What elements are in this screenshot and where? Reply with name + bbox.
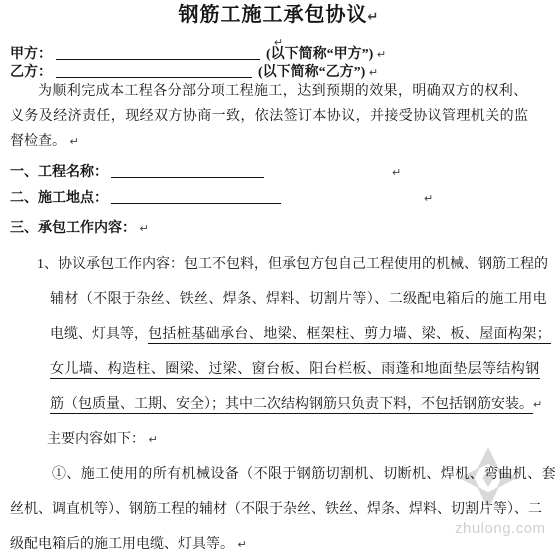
section-site-location-label: 二、施工地点： bbox=[10, 191, 108, 206]
party-b-row: 乙方：(以下简称“乙方”) ↵ bbox=[10, 64, 378, 81]
clause1-line-1: 1、协议承包工作内容：包工不包料，但承包方包自己工程使用的机械、钢筋工程的 bbox=[37, 256, 548, 273]
paragraph-mark: ↵ bbox=[238, 538, 247, 551]
paragraph-mark: ↵ bbox=[424, 192, 433, 205]
subclause-line-3-text: 级配电箱后的施工用电缆、灯具等。 bbox=[10, 537, 234, 552]
paragraph-mark: ↵ bbox=[377, 48, 386, 61]
subclause-line-3: 级配电箱后的施工用电缆、灯具等。 ↵ bbox=[10, 536, 247, 553]
site-location-blank-underline bbox=[111, 191, 281, 204]
paragraph-mark: ↵ bbox=[533, 398, 542, 411]
clause1-line-2: 辅材（不限于杂丝、铁丝、焊条、焊料、切割片等）、二级配电箱后的施工用电 bbox=[50, 291, 547, 308]
party-a-label: 甲方： bbox=[10, 47, 52, 62]
clause1-line-3-normal: 电缆、灯具等， bbox=[50, 327, 148, 342]
paragraph-mark: ↵ bbox=[149, 433, 158, 446]
party-a-note: (以下简称“甲方”) bbox=[266, 47, 373, 62]
paragraph-mark: ↵ bbox=[392, 166, 401, 179]
clause1-line-4-underlined: 女儿墙、构造柱、圈梁、过梁、窗台板、阳台栏板、雨蓬和地面垫层等结构钢 bbox=[50, 362, 540, 379]
document-title-line: 钢筋工施工承包协议↵ bbox=[0, 3, 557, 30]
clause1-line-6: 主要内容如下： ↵ bbox=[47, 431, 158, 448]
preamble-line-2: 义务及经济责任，现经双方协商一致，依法签订本协议，并接受协议管理机关的监 bbox=[10, 108, 528, 125]
clause1-line-6-text: 主要内容如下： bbox=[47, 432, 145, 447]
section-work-content-row: 三、承包工作内容： ↵ bbox=[10, 220, 149, 237]
project-name-blank-underline bbox=[111, 165, 264, 178]
clause1-line-5: 筋（包质量、工期、安全）；其中二次结构钢筋只负责下料，不包括钢筋安装。↵ bbox=[50, 396, 542, 413]
section-site-location-row: 二、施工地点：↵ bbox=[10, 190, 433, 207]
section-project-name-label: 一、工程名称： bbox=[10, 165, 108, 180]
watermark-text: zhulong.com bbox=[455, 520, 546, 537]
page-title: 钢筋工施工承包协议 bbox=[179, 4, 368, 26]
party-b-label: 乙方： bbox=[10, 65, 52, 80]
preamble-line-3: 督检查。 ↵ bbox=[10, 133, 79, 150]
party-a-row: 甲方：(以下简称“甲方”) ↵ bbox=[10, 46, 386, 63]
section-work-content-label: 三、承包工作内容： bbox=[10, 221, 136, 236]
paragraph-mark: ↵ bbox=[368, 10, 379, 25]
party-a-blank-underline bbox=[56, 47, 260, 60]
paragraph-mark: ↵ bbox=[70, 135, 79, 148]
subclause-line-1: ①、施工使用的所有机械设备（不限于钢筋切割机、切断机、焊机、弯曲机、套 bbox=[52, 466, 556, 483]
paragraph-mark: ↵ bbox=[369, 66, 378, 79]
subclause-line-2: 丝机、调直机等）、钢筋工程的辅材（不限于杂丝、铁丝、焊条、焊料、切割片等）、二 bbox=[10, 501, 542, 518]
clause1-line-4: 女儿墙、构造柱、圈梁、过梁、窗台板、阳台栏板、雨蓬和地面垫层等结构钢 bbox=[50, 361, 540, 378]
preamble-line-1: 为顺利完成本工程各分部分项工程施工，达到预期的效果，明确双方的权利、 bbox=[38, 83, 528, 100]
party-b-blank-underline bbox=[56, 65, 252, 78]
preamble-line-3-text: 督检查。 bbox=[10, 134, 66, 149]
document-page: zhulong.com 钢筋工施工承包协议↵ ↵ 甲方：(以下简称“甲方”) ↵… bbox=[0, 0, 557, 560]
paragraph-mark: ↵ bbox=[140, 222, 149, 235]
clause1-line-3: 电缆、灯具等，包括桩基础承台、地梁、框架柱、剪力墙、梁、板、屋面构架； bbox=[50, 326, 551, 343]
clause1-line-5-underlined: 筋（包质量、工期、安全）；其中二次结构钢筋只负责下料，不包括钢筋安装。 bbox=[50, 397, 533, 414]
section-project-name-row: 一、工程名称：↵ bbox=[10, 164, 401, 181]
clause1-line-3-underlined: 包括桩基础承台、地梁、框架柱、剪力墙、梁、板、屋面构架； bbox=[148, 327, 551, 344]
party-b-note: (以下简称“乙方”) bbox=[258, 65, 365, 80]
